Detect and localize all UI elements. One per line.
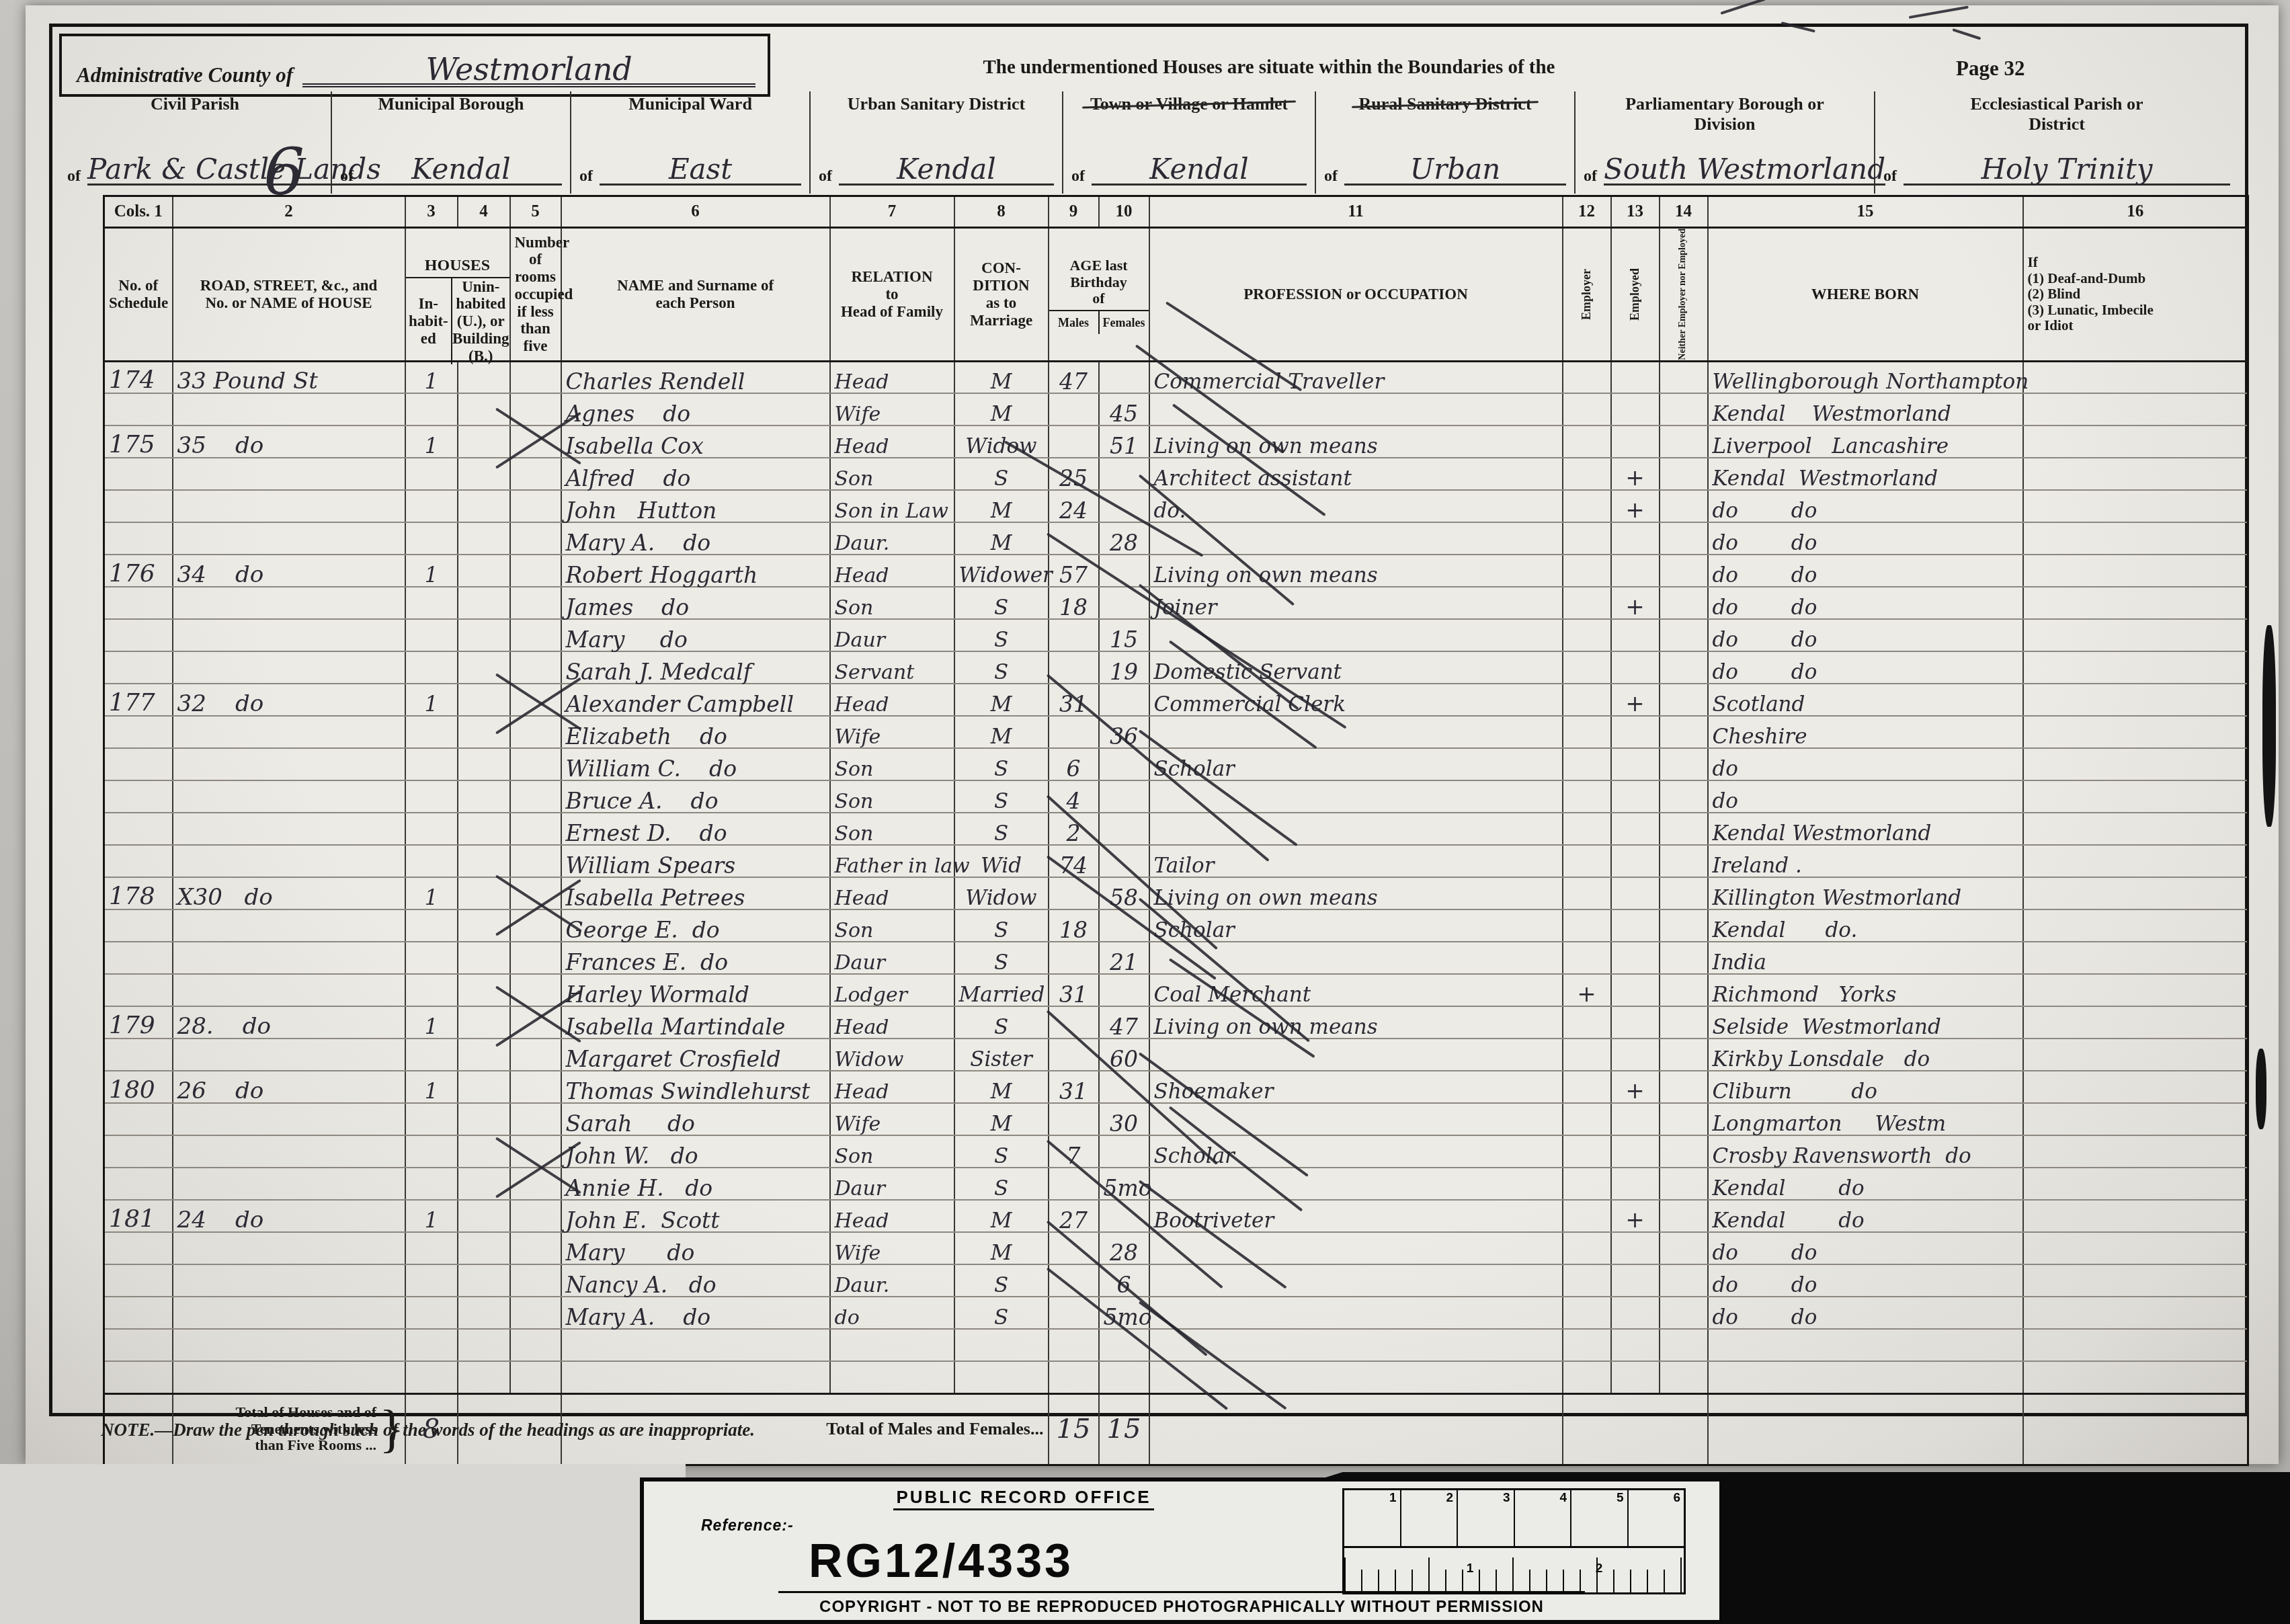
cell-infirmity bbox=[2023, 1232, 2248, 1264]
cell-employer bbox=[1563, 716, 1611, 748]
cell-occupation bbox=[1149, 522, 1563, 555]
census-row: Sarah J. MedcalfServantS19Domestic Serva… bbox=[104, 651, 2248, 684]
cell-condition: S bbox=[954, 1297, 1049, 1329]
cell-name: Thomas Swindlehurst bbox=[561, 1071, 830, 1103]
ruler-inch-cell: 2 bbox=[1401, 1490, 1459, 1546]
ruler-label-1: 1 bbox=[1467, 1561, 1474, 1576]
district-cell-4: Urban Sanitary DistrictofKendal bbox=[811, 91, 1063, 194]
cell-occupation: Scholar bbox=[1149, 1135, 1563, 1168]
cell-inhabited: 1 bbox=[405, 1006, 458, 1039]
cell-neither bbox=[1660, 684, 1708, 716]
cell-neither bbox=[1660, 877, 1708, 909]
district-value: Urban bbox=[1344, 155, 1566, 186]
cell-rooms bbox=[510, 716, 561, 748]
copyright-notice: COPYRIGHT - NOT TO BE REPRODUCED PHOTOGR… bbox=[778, 1591, 1585, 1617]
cell-infirmity bbox=[2023, 716, 2248, 748]
cell-age-male bbox=[1049, 1103, 1099, 1135]
census-row: William C. doSonS6Scholardo bbox=[104, 748, 2248, 780]
cell-name: George E. do bbox=[561, 909, 830, 942]
cell-occupation: Tailor bbox=[1149, 845, 1563, 877]
cell-schedule bbox=[104, 1232, 173, 1264]
cell-infirmity bbox=[2023, 909, 2248, 942]
cell-rooms bbox=[510, 361, 561, 393]
cell-employer bbox=[1563, 1006, 1611, 1039]
district-of-prefix: of bbox=[1883, 167, 1897, 186]
cell-occupation: Architect assistant bbox=[1149, 458, 1563, 490]
cell-name bbox=[561, 1329, 830, 1361]
cell-occupation: Living on own means bbox=[1149, 555, 1563, 587]
cell-uninhabited bbox=[458, 780, 510, 813]
column-number-11: 11 bbox=[1149, 196, 1563, 228]
cell-rooms bbox=[510, 1361, 561, 1393]
cell-employer bbox=[1563, 1168, 1611, 1200]
census-row: 17433 Pound St1Charles RendellHeadM47Com… bbox=[104, 361, 2248, 393]
header-born: WHERE BORN bbox=[1708, 228, 2023, 362]
cell-age-male: 57 bbox=[1049, 555, 1099, 587]
cell-infirmity bbox=[2023, 748, 2248, 780]
cell-name: Bruce A. do bbox=[561, 780, 830, 813]
cell-employed bbox=[1611, 361, 1660, 393]
cell-neither bbox=[1660, 1200, 1708, 1232]
cell-infirmity bbox=[2023, 942, 2248, 974]
census-row: Annie H. doDaurS5moKendal do bbox=[104, 1168, 2248, 1200]
cell-employed bbox=[1611, 555, 1660, 587]
cell-neither bbox=[1660, 845, 1708, 877]
cell-employer bbox=[1563, 522, 1611, 555]
cell-born: do do bbox=[1708, 555, 2023, 587]
cell-rooms bbox=[510, 974, 561, 1006]
census-row: William SpearsFather in lawWid74TailorIr… bbox=[104, 845, 2248, 877]
cell-condition: M bbox=[954, 490, 1049, 522]
cell-born: Kendal Westmorland bbox=[1708, 393, 2023, 425]
cell-rooms bbox=[510, 877, 561, 909]
cell-born: do do bbox=[1708, 522, 2023, 555]
cell-uninhabited bbox=[458, 361, 510, 393]
cell-rooms bbox=[510, 522, 561, 555]
cell-condition: S bbox=[954, 780, 1049, 813]
cell-name: Harley Wormald bbox=[561, 974, 830, 1006]
district-label: Municipal Ward bbox=[628, 94, 752, 114]
cell-address bbox=[173, 1329, 405, 1361]
cell-uninhabited bbox=[458, 1232, 510, 1264]
cell-occupation: Bootriveter bbox=[1149, 1200, 1563, 1232]
cell-rooms bbox=[510, 587, 561, 619]
cell-age-male bbox=[1049, 522, 1099, 555]
cell-uninhabited bbox=[458, 684, 510, 716]
cell-rooms bbox=[510, 1006, 561, 1039]
cell-infirmity bbox=[2023, 1297, 2248, 1329]
cell-address: 32 do bbox=[173, 684, 405, 716]
column-number-7: 7 bbox=[830, 196, 954, 228]
cell-uninhabited bbox=[458, 555, 510, 587]
cell-address: 26 do bbox=[173, 1071, 405, 1103]
cell-condition bbox=[954, 1361, 1049, 1393]
cell-neither bbox=[1660, 1071, 1708, 1103]
cell-rooms bbox=[510, 458, 561, 490]
cell-name: Ernest D. do bbox=[561, 813, 830, 845]
cell-age-female bbox=[1099, 1329, 1149, 1361]
cell-rooms bbox=[510, 1168, 561, 1200]
form-frame: Administrative County of Westmorland The… bbox=[49, 24, 2248, 1416]
header-females: Females bbox=[1100, 311, 1149, 334]
cell-occupation bbox=[1149, 716, 1563, 748]
cell-age-male: 6 bbox=[1049, 748, 1099, 780]
cell-born: Cheshire bbox=[1708, 716, 2023, 748]
cell-infirmity bbox=[2023, 877, 2248, 909]
cell-address bbox=[173, 1361, 405, 1393]
cell-uninhabited bbox=[458, 1297, 510, 1329]
cell-uninhabited bbox=[458, 1006, 510, 1039]
census-row: 17732 do1Alexander CampbellHeadM31Commer… bbox=[104, 684, 2248, 716]
cell-age-male bbox=[1049, 877, 1099, 909]
cell-rooms bbox=[510, 1297, 561, 1329]
cell-age-male: 27 bbox=[1049, 1200, 1099, 1232]
totals-males-value: 15 bbox=[1049, 1393, 1099, 1465]
cell-employer: + bbox=[1563, 974, 1611, 1006]
cell-name: Mary A. do bbox=[561, 1297, 830, 1329]
cell-blank bbox=[1149, 1393, 1563, 1465]
cell-age-female: 45 bbox=[1099, 393, 1149, 425]
cell-neither bbox=[1660, 1039, 1708, 1071]
column-number-5: 5 bbox=[510, 196, 561, 228]
ruler-inch-number: 5 bbox=[1617, 1491, 1624, 1506]
census-row: Mary doDaurS15do do bbox=[104, 619, 2248, 651]
cell-occupation: Domestic Servant bbox=[1149, 651, 1563, 684]
cell-age-male: 25 bbox=[1049, 458, 1099, 490]
cell-neither bbox=[1660, 490, 1708, 522]
cell-neither bbox=[1660, 555, 1708, 587]
cell-born: do do bbox=[1708, 1264, 2023, 1297]
cell-condition: Married bbox=[954, 974, 1049, 1006]
cell-uninhabited bbox=[458, 845, 510, 877]
cell-rooms bbox=[510, 619, 561, 651]
cell-inhabited bbox=[405, 909, 458, 942]
cell-employed bbox=[1611, 393, 1660, 425]
cell-address bbox=[173, 1168, 405, 1200]
cell-uninhabited bbox=[458, 587, 510, 619]
cell-condition: S bbox=[954, 1264, 1049, 1297]
cell-age-female: 5mo bbox=[1099, 1297, 1149, 1329]
header-name: NAME and Surname of each Person bbox=[561, 228, 830, 362]
cell-infirmity bbox=[2023, 1071, 2248, 1103]
census-row: Bruce A. doSonS4do bbox=[104, 780, 2248, 813]
header-houses-group: HOUSES In- habit- ed Unin- habited (U.),… bbox=[405, 228, 510, 362]
cell-inhabited bbox=[405, 748, 458, 780]
cell-address: 35 do bbox=[173, 425, 405, 458]
cell-inhabited: 1 bbox=[405, 361, 458, 393]
cell-born: do do bbox=[1708, 1232, 2023, 1264]
cell-born: do do bbox=[1708, 490, 2023, 522]
cell-employer bbox=[1563, 393, 1611, 425]
cell-name: James do bbox=[561, 587, 830, 619]
cell-rooms bbox=[510, 555, 561, 587]
cell-schedule bbox=[104, 587, 173, 619]
cell-condition: S bbox=[954, 587, 1049, 619]
cell-address bbox=[173, 1135, 405, 1168]
cell-schedule: 181 bbox=[104, 1200, 173, 1232]
cell-occupation bbox=[1149, 1264, 1563, 1297]
cell-infirmity bbox=[2023, 1361, 2248, 1393]
census-row: Mary doWifeM28do do bbox=[104, 1232, 2248, 1264]
header-relation: RELATION to Head of Family bbox=[830, 228, 954, 362]
cell-age-female: 36 bbox=[1099, 716, 1149, 748]
cell-relation: Daur. bbox=[830, 522, 954, 555]
district-of-prefix: of bbox=[1584, 167, 1597, 186]
cell-employer bbox=[1563, 1103, 1611, 1135]
district-cell-7: Parliamentary Borough or DivisionofSouth… bbox=[1576, 91, 1875, 194]
cell-employer bbox=[1563, 490, 1611, 522]
cell-employer bbox=[1563, 1232, 1611, 1264]
cell-address bbox=[173, 1039, 405, 1071]
cell-born: Richmond Yorks bbox=[1708, 974, 2023, 1006]
cell-relation: Head bbox=[830, 684, 954, 716]
cell-uninhabited bbox=[458, 619, 510, 651]
cell-name: Charles Rendell bbox=[561, 361, 830, 393]
cell-name: Mary do bbox=[561, 619, 830, 651]
census-row: Mary A. doDaur.M28do do bbox=[104, 522, 2248, 555]
public-record-office-stamp: PUBLIC RECORD OFFICE Reference:- RG12/43… bbox=[640, 1477, 1723, 1624]
census-row: Margaret CrosfieldWidowSister60Kirkby Lo… bbox=[104, 1039, 2248, 1071]
cell-born: Longmarton Westm bbox=[1708, 1103, 2023, 1135]
census-row: James doSonS18Joiner+do do bbox=[104, 587, 2248, 619]
cell-age-female bbox=[1099, 974, 1149, 1006]
cell-age-female: 19 bbox=[1099, 651, 1149, 684]
cell-age-male: 31 bbox=[1049, 974, 1099, 1006]
cell-schedule bbox=[104, 522, 173, 555]
cell-age-male bbox=[1049, 651, 1099, 684]
census-row: 17928. do1Isabella MartindaleHeadS47Livi… bbox=[104, 1006, 2248, 1039]
cell-occupation: Living on own means bbox=[1149, 425, 1563, 458]
cell-age-female bbox=[1099, 748, 1149, 780]
cell-employed bbox=[1611, 1103, 1660, 1135]
cell-rooms bbox=[510, 1135, 561, 1168]
census-row: 18124 do1John E. ScottHeadM27Bootriveter… bbox=[104, 1200, 2248, 1232]
cell-name: Sarah do bbox=[561, 1103, 830, 1135]
district-label: Urban Sanitary District bbox=[848, 94, 1025, 114]
cell-rooms bbox=[510, 1200, 561, 1232]
cell-schedule bbox=[104, 716, 173, 748]
ruler-inch-cell: 4 bbox=[1515, 1490, 1572, 1546]
cell-name: William C. do bbox=[561, 748, 830, 780]
cell-address bbox=[173, 490, 405, 522]
header-occupation: PROFESSION or OCCUPATION bbox=[1149, 228, 1563, 362]
ruler-inch-cell: 3 bbox=[1458, 1490, 1515, 1546]
ruler-inch-number: 1 bbox=[1389, 1491, 1397, 1506]
cell-relation: Lodger bbox=[830, 974, 954, 1006]
reference-number: RG12/4333 bbox=[809, 1534, 1073, 1588]
ruler-inch-cell: 5 bbox=[1571, 1490, 1629, 1546]
column-number-15: 15 bbox=[1708, 196, 2023, 228]
administrative-county-box: Administrative County of Westmorland bbox=[59, 34, 770, 97]
column-number-8: 8 bbox=[954, 196, 1049, 228]
cell-neither bbox=[1660, 716, 1708, 748]
cell-infirmity bbox=[2023, 619, 2248, 651]
cell-employer bbox=[1563, 361, 1611, 393]
cell-name: Isabella Cox bbox=[561, 425, 830, 458]
cell-born: Kendal do. bbox=[1708, 909, 2023, 942]
cell-schedule bbox=[104, 1135, 173, 1168]
cell-condition: M bbox=[954, 1232, 1049, 1264]
header-males: Males bbox=[1049, 311, 1100, 334]
cell-uninhabited bbox=[458, 522, 510, 555]
cell-infirmity bbox=[2023, 425, 2248, 458]
ruler-cm-scale: 1 2 bbox=[1344, 1546, 1684, 1592]
cell-age-female bbox=[1099, 1071, 1149, 1103]
district-cell-6: Rural Sanitary DistrictofUrban bbox=[1316, 91, 1576, 194]
cell-schedule: 179 bbox=[104, 1006, 173, 1039]
cell-rooms bbox=[510, 1329, 561, 1361]
cell-infirmity bbox=[2023, 1135, 2248, 1168]
cell-condition: S bbox=[954, 1168, 1049, 1200]
cell-schedule bbox=[104, 1039, 173, 1071]
cell-born: Selside Westmorland bbox=[1708, 1006, 2023, 1039]
census-row: Alfred doSonS25Architect assistant+Kenda… bbox=[104, 458, 2248, 490]
cell-inhabited: 1 bbox=[405, 555, 458, 587]
cell-neither bbox=[1660, 619, 1708, 651]
cell-infirmity bbox=[2023, 458, 2248, 490]
cell-schedule bbox=[104, 458, 173, 490]
cell-born: Wellingborough Northampton bbox=[1708, 361, 2023, 393]
cell-age-male bbox=[1049, 1329, 1099, 1361]
cell-born: India bbox=[1708, 942, 2023, 974]
administrative-county-value: Westmorland bbox=[302, 56, 755, 87]
cell-born: Kendal Westmorland bbox=[1708, 813, 2023, 845]
cell-condition: M bbox=[954, 1200, 1049, 1232]
cell-age-female bbox=[1099, 684, 1149, 716]
cell-relation: do bbox=[830, 1297, 954, 1329]
cell-name: John Hutton bbox=[561, 490, 830, 522]
cell-name bbox=[561, 1361, 830, 1393]
cell-infirmity bbox=[2023, 522, 2248, 555]
cell-neither bbox=[1660, 1232, 1708, 1264]
cell-address bbox=[173, 748, 405, 780]
cell-uninhabited bbox=[458, 393, 510, 425]
cell-age-male bbox=[1049, 716, 1099, 748]
cell-relation: Son bbox=[830, 909, 954, 942]
cell-relation: Wife bbox=[830, 393, 954, 425]
cell-relation: Daur bbox=[830, 619, 954, 651]
cell-inhabited bbox=[405, 1103, 458, 1135]
cell-name: Agnes do bbox=[561, 393, 830, 425]
cell-employed bbox=[1611, 1039, 1660, 1071]
cell-inhabited bbox=[405, 522, 458, 555]
cell-occupation bbox=[1149, 813, 1563, 845]
cell-relation bbox=[830, 1361, 954, 1393]
cell-employer bbox=[1563, 684, 1611, 716]
cell-relation: Head bbox=[830, 361, 954, 393]
cell-inhabited bbox=[405, 1329, 458, 1361]
cell-address: 34 do bbox=[173, 555, 405, 587]
cell-rooms bbox=[510, 1264, 561, 1297]
cell-neither bbox=[1660, 587, 1708, 619]
cell-relation: Son bbox=[830, 780, 954, 813]
cell-employed bbox=[1611, 1361, 1660, 1393]
district-cell-8: Ecclesiastical Parish or DistrictofHoly … bbox=[1875, 91, 2238, 194]
cell-occupation bbox=[1149, 619, 1563, 651]
district-value: Kendal bbox=[360, 155, 562, 186]
cell-inhabited bbox=[405, 587, 458, 619]
cell-infirmity bbox=[2023, 651, 2248, 684]
column-number-10: 10 bbox=[1099, 196, 1149, 228]
cell-occupation: Living on own means bbox=[1149, 877, 1563, 909]
header-employer-label: Employer bbox=[1580, 269, 1593, 320]
cell-blank bbox=[2023, 1393, 2248, 1465]
cell-born: Cliburn do bbox=[1708, 1071, 2023, 1103]
cell-uninhabited bbox=[458, 458, 510, 490]
cell-inhabited bbox=[405, 458, 458, 490]
census-row: 178X30 do1Isabella PetreesHeadWidow58Liv… bbox=[104, 877, 2248, 909]
cell-age-male bbox=[1049, 942, 1099, 974]
cell-employer bbox=[1563, 780, 1611, 813]
cell-inhabited bbox=[405, 780, 458, 813]
column-number-12: 12 bbox=[1563, 196, 1611, 228]
census-row: Sarah doWifeM30Longmarton Westm bbox=[104, 1103, 2248, 1135]
ruler-inch-cell: 6 bbox=[1629, 1490, 1684, 1546]
ruler-inch-number: 2 bbox=[1446, 1491, 1453, 1506]
cell-inhabited bbox=[405, 651, 458, 684]
cell-uninhabited bbox=[458, 1168, 510, 1200]
cell-uninhabited bbox=[458, 942, 510, 974]
cell-infirmity bbox=[2023, 1329, 2248, 1361]
cell-schedule bbox=[104, 1329, 173, 1361]
cell-employed bbox=[1611, 780, 1660, 813]
cell-employer bbox=[1563, 1200, 1611, 1232]
cell-employed bbox=[1611, 522, 1660, 555]
census-row bbox=[104, 1361, 2248, 1393]
cell-occupation bbox=[1149, 1297, 1563, 1329]
census-row: Agnes doWifeM45Kendal Westmorland bbox=[104, 393, 2248, 425]
cell-occupation: Living on own means bbox=[1149, 1006, 1563, 1039]
cell-blank bbox=[1708, 1393, 2023, 1465]
cell-condition: S bbox=[954, 909, 1049, 942]
cell-name: Alexander Campbell bbox=[561, 684, 830, 716]
cell-schedule: 177 bbox=[104, 684, 173, 716]
cell-relation: Head bbox=[830, 1200, 954, 1232]
cell-employed: + bbox=[1611, 490, 1660, 522]
cell-born: Kirkby Lonsdale do bbox=[1708, 1039, 2023, 1071]
district-cell-2: Municipal BoroughofKendal bbox=[332, 91, 571, 194]
cell-age-female bbox=[1099, 587, 1149, 619]
cell-inhabited: 1 bbox=[405, 877, 458, 909]
cell-occupation: Commercial Clerk bbox=[1149, 684, 1563, 716]
column-number-4: 4 bbox=[458, 196, 510, 228]
cell-occupation: Scholar bbox=[1149, 748, 1563, 780]
cell-condition: M bbox=[954, 393, 1049, 425]
cell-condition: M bbox=[954, 361, 1049, 393]
reference-label: Reference:- bbox=[701, 1516, 794, 1535]
cell-employer bbox=[1563, 619, 1611, 651]
column-number-2: 2 bbox=[173, 196, 405, 228]
cell-relation: Head bbox=[830, 1071, 954, 1103]
cell-age-female bbox=[1099, 1135, 1149, 1168]
cell-condition bbox=[954, 1329, 1049, 1361]
cell-name: Mary A. do bbox=[561, 522, 830, 555]
cell-blank bbox=[1563, 1393, 1708, 1465]
page-number: Page 32 bbox=[1956, 56, 2025, 81]
cell-occupation: Shoemaker bbox=[1149, 1071, 1563, 1103]
census-row: 17535 do1Isabella CoxHeadWidow51Living o… bbox=[104, 425, 2248, 458]
cell-born: do do bbox=[1708, 651, 2023, 684]
cell-born: do do bbox=[1708, 619, 2023, 651]
district-cell-3: Municipal WardofEast bbox=[571, 91, 811, 194]
cell-name: Sarah J. Medcalf bbox=[561, 651, 830, 684]
cell-age-female bbox=[1099, 845, 1149, 877]
column-number-6: 6 bbox=[561, 196, 830, 228]
cell-uninhabited bbox=[458, 1329, 510, 1361]
cell-rooms bbox=[510, 490, 561, 522]
cell-infirmity bbox=[2023, 1200, 2248, 1232]
cell-age-male bbox=[1049, 393, 1099, 425]
